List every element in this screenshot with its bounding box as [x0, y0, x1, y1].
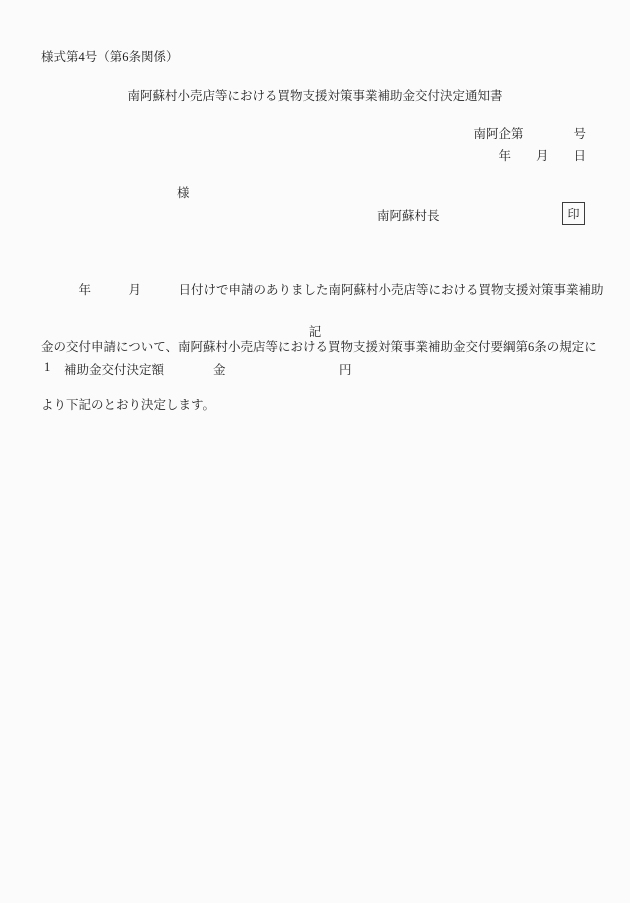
sender-title: 南阿蘇村長: [377, 206, 440, 224]
document-number-line: 南阿企第 号: [473, 124, 586, 142]
recipient-honorific: 様: [177, 183, 190, 201]
body-line-2: 金の交付申請について、南阿蘇村小売店等における買物支援対策事業補助金交付要綱第6…: [41, 338, 601, 357]
seal-stamp-box: 印: [562, 202, 585, 225]
amount-prefix: 金: [213, 360, 226, 378]
form-number: 様式第4号（第6条関係）: [41, 47, 179, 65]
amount-unit: 円: [339, 360, 352, 378]
record-marker: 記: [0, 322, 630, 340]
document-page: 様式第4号（第6条関係） 南阿蘇村小売店等における買物支援対策事業補助金交付決定…: [0, 0, 630, 903]
grant-amount-label: 補助金交付決定額: [64, 360, 164, 378]
body-line-3: より下記のとおり決定します。: [41, 396, 601, 415]
document-title: 南阿蘇村小売店等における買物支援対策事業補助金交付決定通知書: [0, 86, 630, 104]
body-paragraph: 年 月 日付けで申請のありました南阿蘇村小売店等における買物支援対策事業補助 金…: [41, 242, 601, 454]
grant-amount-row: 1 補助金交付決定額 金 円: [0, 360, 630, 376]
seal-stamp-mark: 印: [567, 205, 579, 222]
body-line-1: 年 月 日付けで申請のありました南阿蘇村小売店等における買物支援対策事業補助: [41, 281, 601, 300]
item-number: 1: [44, 360, 50, 375]
date-line: 年 月 日: [498, 146, 586, 164]
